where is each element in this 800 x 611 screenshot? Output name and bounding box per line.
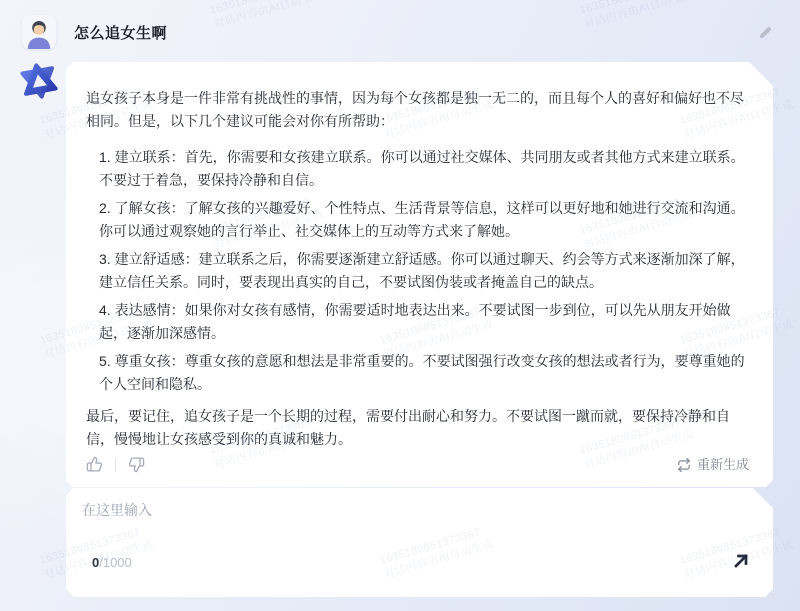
- response-list-item: 1. 建立联系：首先，你需要和女孩建立联系。你可以通过社交媒体、共同朋友或者其他…: [99, 146, 749, 192]
- message-input[interactable]: [82, 500, 702, 544]
- char-counter: 0/1000: [92, 555, 132, 570]
- chat-window: 怎么追女生啊 追女孩子本身是一件非常有挑战性的事情，因为每个女孩都是独一无二的，…: [0, 0, 800, 611]
- user-avatar-illustration: [22, 15, 56, 49]
- watermark: 1635180851373367对话内容由AI自动生成: [578, 0, 696, 33]
- response-list-item: 4. 表达感情：如果你对女孩有感情，你需要适时地表达出来。不要试图一步到位，可以…: [99, 299, 749, 345]
- edit-question-icon[interactable]: [758, 25, 773, 40]
- question-title: 怎么追女生啊: [74, 22, 167, 43]
- regenerate-label: 重新生成: [697, 453, 749, 476]
- response-intro: 追女孩子本身是一件非常有挑战性的事情，因为每个女孩都是独一无二的，而且每个人的喜…: [86, 87, 749, 133]
- response-list-item: 2. 了解女孩：了解女孩的兴趣爱好、个性特点、生活背景等信息，这样可以更好地和她…: [99, 197, 749, 243]
- vote-divider: [115, 458, 116, 472]
- char-counter-limit: /1000: [99, 555, 132, 570]
- repeat-icon: [677, 458, 691, 472]
- question-header: 怎么追女生啊: [22, 15, 167, 49]
- send-button[interactable]: [731, 551, 751, 571]
- thumbs-up-icon[interactable]: [86, 456, 103, 473]
- assistant-response-card: 追女孩子本身是一件非常有挑战性的事情，因为每个女孩都是独一无二的，而且每个人的喜…: [66, 62, 773, 487]
- watermark: 1635180851373367对话内容由AI自动生成: [208, 0, 326, 33]
- thumbs-down-icon[interactable]: [128, 456, 145, 473]
- assistant-logo-icon: [20, 62, 58, 100]
- response-list: 1. 建立联系：首先，你需要和女孩建立联系。你可以通过社交媒体、共同朋友或者其他…: [99, 146, 749, 396]
- response-outro: 最后，要记住，追女孩子是一个长期的过程，需要付出耐心和努力。不要试图一蹴而就，要…: [86, 405, 749, 451]
- regenerate-button[interactable]: 重新生成: [677, 453, 749, 476]
- user-avatar: [22, 15, 56, 49]
- vote-group: [86, 456, 145, 473]
- response-actions: 重新生成: [86, 453, 749, 476]
- response-list-item: 5. 尊重女孩：尊重女孩的意愿和想法是非常重要的。不要试图强行改变女孩的想法或者…: [99, 350, 749, 396]
- response-list-item: 3. 建立舒适感：建立联系之后，你需要逐渐建立舒适感。你可以通过聊天、约会等方式…: [99, 248, 749, 294]
- message-input-panel: 0/1000: [66, 488, 773, 597]
